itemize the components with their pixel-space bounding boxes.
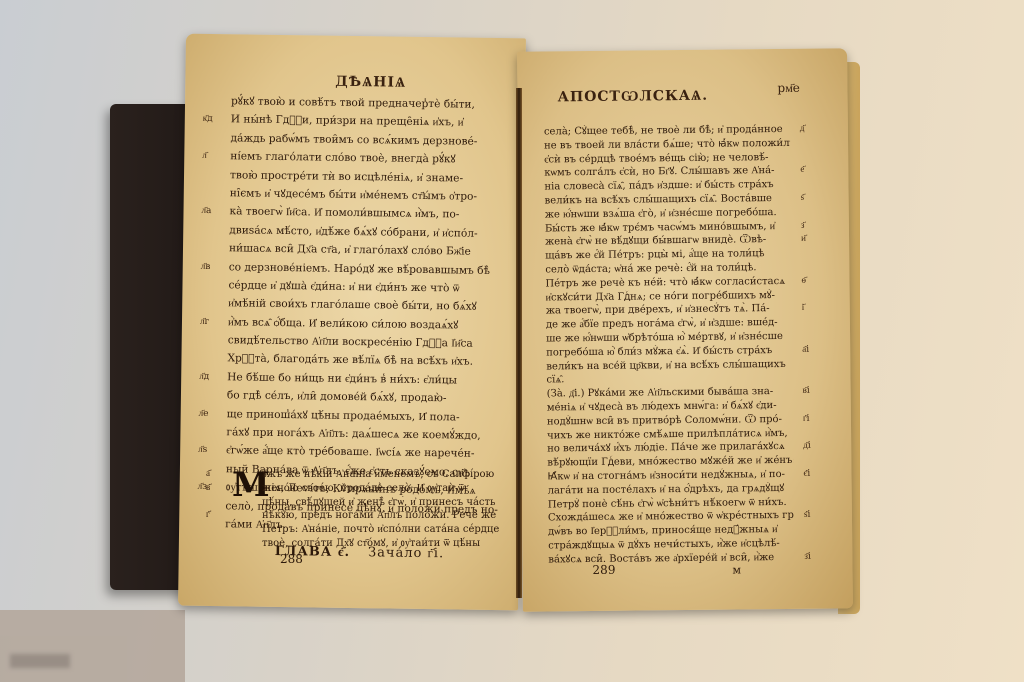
verse-number xyxy=(201,221,229,240)
verse-number xyxy=(802,288,832,302)
right-text-block: села̀; Сꙋ́щее тебѣ̀, не твоѐ ли бѣ̀; и҆ … xyxy=(544,123,795,567)
verse-number: л҃е xyxy=(199,405,227,424)
verse-number: ѕ҃ xyxy=(801,191,831,205)
signature-mark: м xyxy=(732,563,741,576)
verse-number xyxy=(202,129,230,148)
book-gutter xyxy=(516,88,522,598)
verse-number xyxy=(200,331,228,350)
verse-number: г҃ xyxy=(206,509,228,523)
text-line: нѣ́кꙋю, предъ нога́ми А҆п҃лъ положѝ. Реч… xyxy=(262,509,502,523)
verse-number xyxy=(800,136,830,150)
verse-number xyxy=(199,386,227,405)
right-verse-numbers: д҃е҃ѕ҃з҃и҃ѳ҃і҃а҃ів҃іг҃ід҃іє҃іѕ҃із҃і xyxy=(800,122,835,564)
text-line: Петръ: А҆на́ніе, почто̀ и҆спо́лни сата́н… xyxy=(262,523,502,537)
verse-number: а҃ xyxy=(206,468,228,482)
verse-number: л҃ѕ xyxy=(198,441,226,460)
text-line: цѣ́ны, свѣ́дꙋщей и҆ женѣ̀ є҆гѡ̀, и҆ прин… xyxy=(262,496,502,510)
verse-number xyxy=(801,247,831,261)
blurred-watermark-text xyxy=(10,654,70,668)
verse-number: л҃в xyxy=(201,257,229,276)
verse-number xyxy=(802,329,832,343)
verse-number xyxy=(198,423,226,442)
text-line: ва́хꙋсѧ вси̑. Воста́въ же а҆рхїере́й и҆ … xyxy=(548,551,794,567)
verse-number: з҃і xyxy=(804,550,834,564)
verse-number xyxy=(801,205,831,219)
verse-number: з҃ xyxy=(801,219,831,233)
blurred-watermark xyxy=(0,610,185,682)
verse-number: д҃ xyxy=(800,122,830,136)
folio-number: рм҃е xyxy=(777,81,800,96)
verse-number: л҃д xyxy=(199,368,227,387)
verse-number: ѕ҃і xyxy=(804,509,834,523)
verse-number xyxy=(203,92,231,111)
verse-number: г҃і xyxy=(803,412,833,426)
right-running-head: АПОСТѠЛСКАѦ. xyxy=(557,88,708,107)
verse-number: к҃д xyxy=(203,110,231,129)
verse-number: л҃ xyxy=(202,147,230,166)
verse-number xyxy=(202,165,230,184)
verse-number xyxy=(802,371,832,385)
text-line: жено́ю свое́ю, прода́дѐ село̀: И҆ ᲂу҆таѝ… xyxy=(262,482,502,496)
text-line: ꙋ́жъ же нѣ́кій А҆на́ніа и҆́менемъ, съ Са… xyxy=(262,468,502,482)
verse-number xyxy=(199,349,227,368)
chapter-text-block: ꙋ́жъ же нѣ́кій А҆на́ніа и҆́менемъ, съ Са… xyxy=(262,468,502,551)
verse-number xyxy=(201,239,229,258)
verse-number: а҃і xyxy=(802,343,832,357)
chapter-verse-numbers: а҃в҃г҃ xyxy=(206,468,228,551)
verse-number: е҃ xyxy=(800,164,830,178)
verse-number xyxy=(202,184,230,203)
right-page-number: 289 xyxy=(592,563,615,577)
verse-number: д҃і xyxy=(803,440,833,454)
verse-number: л҃а xyxy=(201,202,229,221)
verse-number: в҃ xyxy=(206,482,228,496)
verse-number xyxy=(803,454,833,468)
verse-number: в҃і xyxy=(803,385,833,399)
verse-number xyxy=(800,150,830,164)
left-page-number: 288 xyxy=(280,552,303,566)
verse-number xyxy=(800,178,830,192)
verse-number: и҃ xyxy=(801,233,831,247)
text-line: твоѐ, солга́ти Дх҃ꙋ ст҃о́мꙋ, и҆ ᲂу҆таи́т… xyxy=(262,537,502,551)
verse-number: і҃ xyxy=(802,302,832,316)
verse-number xyxy=(200,276,228,295)
verse-number xyxy=(804,495,834,509)
verse-number xyxy=(802,316,832,330)
verse-number: л҃г xyxy=(200,313,228,332)
verse-number xyxy=(803,426,833,440)
verse-number xyxy=(802,357,832,371)
verse-number xyxy=(206,537,228,551)
photo-scene: ДѢѦНІѦ к҃дл҃л҃ал҃вл҃гл҃дл҃ел҃ѕл҃з рꙋ́кꙋ … xyxy=(0,0,1024,682)
verse-number xyxy=(801,260,831,274)
verse-number xyxy=(804,536,834,550)
verse-number xyxy=(804,481,834,495)
left-running-head: ДѢѦНІѦ xyxy=(335,74,406,92)
verse-number xyxy=(803,398,833,412)
verse-number xyxy=(200,294,228,313)
verse-number: ѳ҃ xyxy=(801,274,831,288)
verse-number: є҃і xyxy=(803,467,833,481)
right-page: АПОСТѠЛСКАѦ. рм҃е села̀; Сꙋ́щее тебѣ̀, н… xyxy=(517,48,853,611)
verse-number xyxy=(804,523,834,537)
verse-number xyxy=(206,523,228,537)
verse-number xyxy=(206,496,228,510)
